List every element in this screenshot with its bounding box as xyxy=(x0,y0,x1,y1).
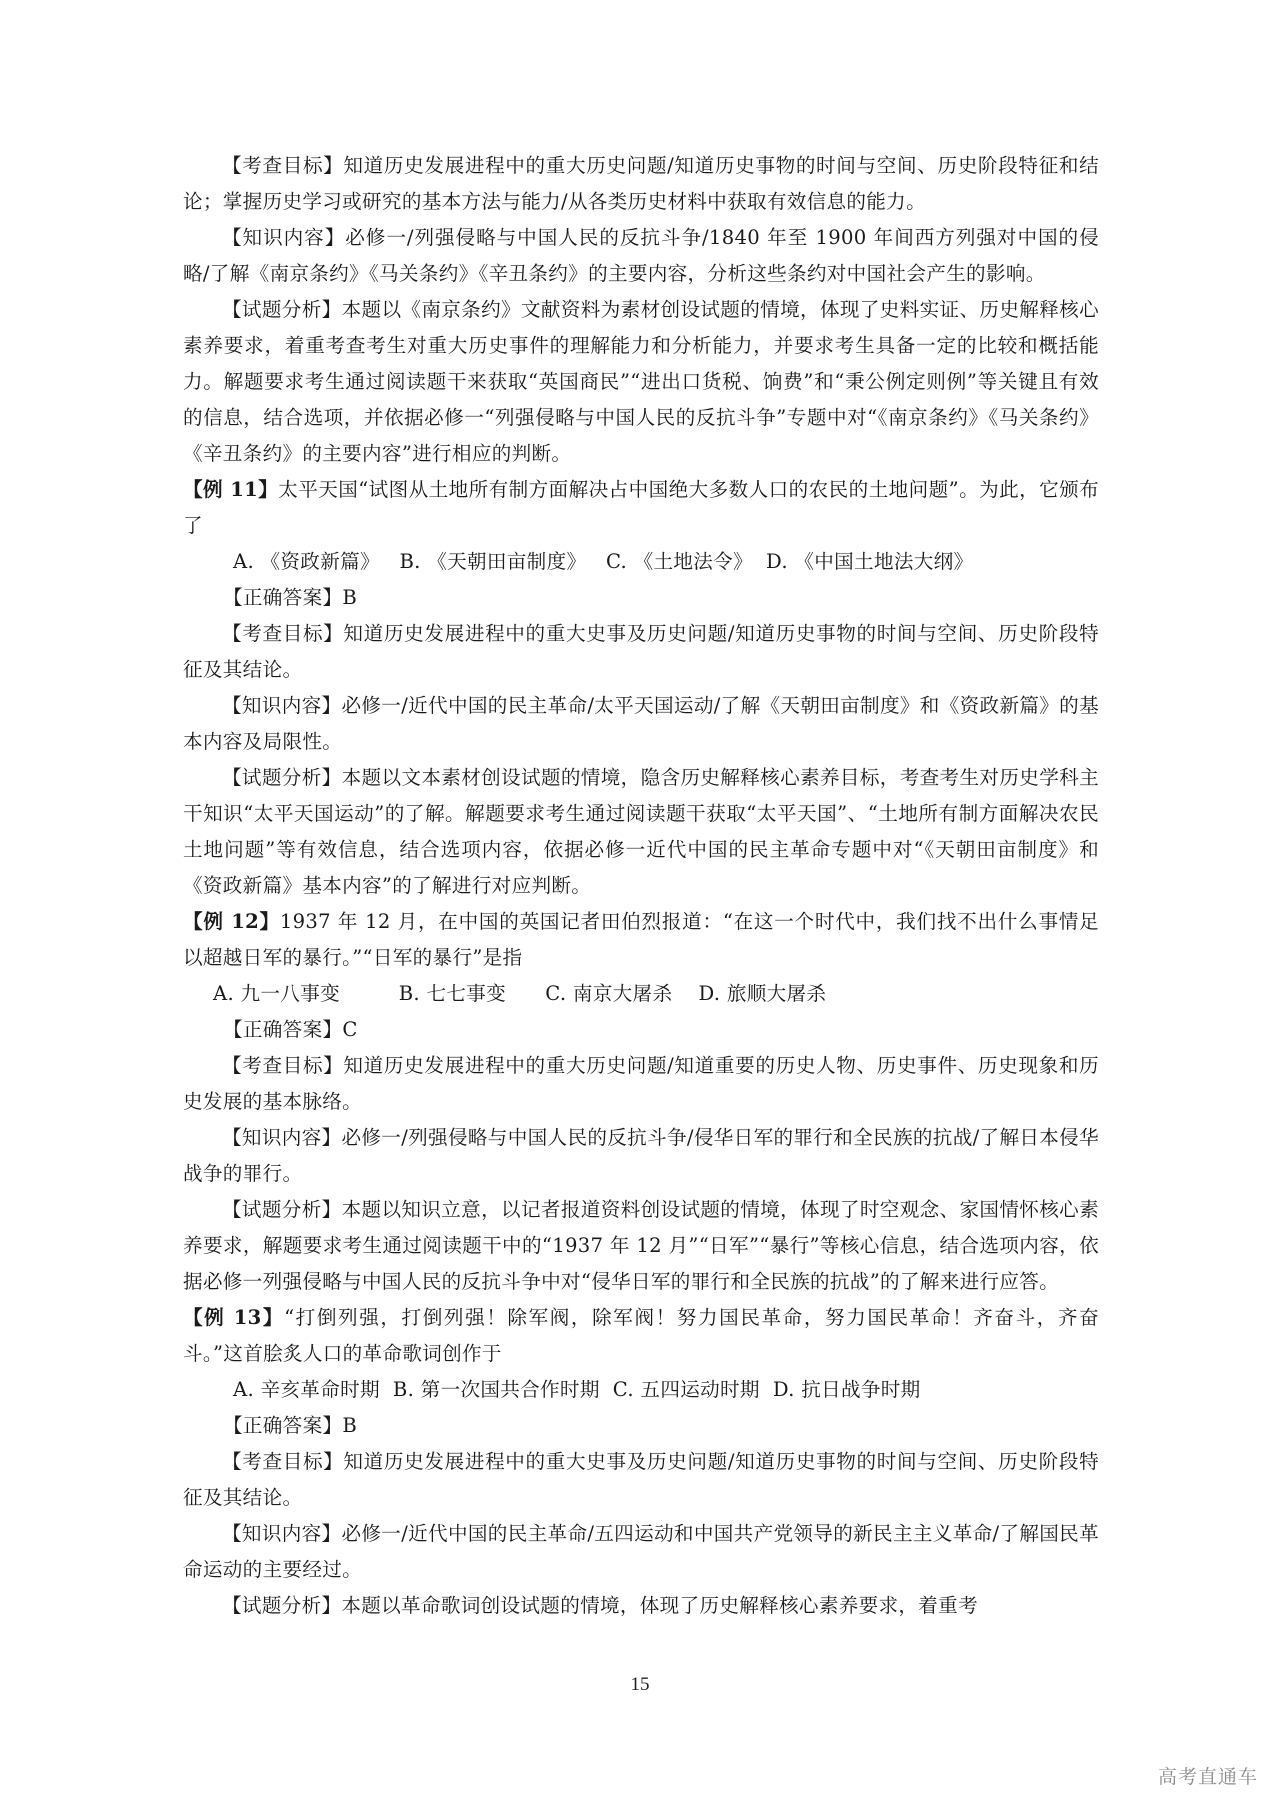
section-tag: 【考查目标】 xyxy=(222,1054,343,1077)
section-tag: 【考查目标】 xyxy=(222,154,343,177)
section-tag: 【试题分析】 xyxy=(222,766,342,789)
paragraph-analysis: 【试题分析】本题以革命歌词创设试题的情境，体现了历史解释核心素养要求，着重考 xyxy=(183,1588,1099,1624)
paragraph-knowledge: 【知识内容】必修一/列强侵略与中国人民的反抗斗争/侵华日军的罪行和全民族的抗战/… xyxy=(183,1120,1099,1192)
paragraph-exam-goal: 【考查目标】知道历史发展进程中的重大历史问题/知道历史事物的时间与空间、历史阶段… xyxy=(183,148,1099,220)
example-11-answer: 【正确答案】B xyxy=(183,580,1099,616)
section-tag: 【试题分析】 xyxy=(222,1594,341,1617)
section-tag: 【考查目标】 xyxy=(222,1450,343,1473)
section-tag: 【知识内容】 xyxy=(222,226,345,249)
example-tag: 【例 12】 xyxy=(183,910,280,933)
paragraph-knowledge: 【知识内容】必修一/近代中国的民主革命/五四运动和中国共产党领导的新民主主义革命… xyxy=(183,1516,1099,1588)
question-text: 1937 年 12 月，在中国的英国记者田伯烈报道：“在这一个时代中，我们找不出… xyxy=(183,910,1099,969)
question-text: “打倒列强，打倒列强！除军阀，除军阀！努力国民革命，努力国民革命！齐奋斗，齐奋斗… xyxy=(183,1306,1099,1365)
example-13-question: 【例 13】“打倒列强，打倒列强！除军阀，除军阀！努力国民革命，努力国民革命！齐… xyxy=(183,1300,1099,1372)
page-number: 15 xyxy=(0,1674,1280,1696)
example-tag: 【例 13】 xyxy=(183,1306,284,1329)
section-tag: 【知识内容】 xyxy=(222,1522,341,1545)
example-12-options: A. 九一八事变 B. 七七事变 C. 南京大屠杀 D. 旅顺大屠杀 xyxy=(183,976,1099,1012)
answer-value: B xyxy=(342,1414,357,1437)
paragraph-knowledge: 【知识内容】必修一/列强侵略与中国人民的反抗斗争/1840 年至 1900 年间… xyxy=(183,220,1099,292)
watermark-label: 高考直通车 xyxy=(1158,1762,1258,1789)
example-12-answer: 【正确答案】C xyxy=(183,1012,1099,1048)
paragraph-knowledge: 【知识内容】必修一/近代中国的民主革命/太平天国运动/了解《天朝田亩制度》和《资… xyxy=(183,688,1099,760)
answer-value: C xyxy=(342,1018,357,1041)
example-13-answer: 【正确答案】B xyxy=(183,1408,1099,1444)
section-tag: 【考查目标】 xyxy=(222,622,343,645)
section-tag: 【知识内容】 xyxy=(222,1126,341,1149)
document-body: 【考查目标】知道历史发展进程中的重大历史问题/知道历史事物的时间与空间、历史阶段… xyxy=(183,148,1099,1624)
paragraph-analysis: 【试题分析】本题以《南京条约》文献资料为素材创设试题的情境，体现了史料实证、历史… xyxy=(183,292,1099,472)
paragraph-exam-goal: 【考查目标】知道历史发展进程中的重大史事及历史问题/知道历史事物的时间与空间、历… xyxy=(183,1444,1099,1516)
section-tag: 【试题分析】 xyxy=(222,298,342,321)
paragraph-analysis: 【试题分析】本题以知识立意，以记者报道资料创设试题的情境，体现了时空观念、家国情… xyxy=(183,1192,1099,1300)
example-12-question: 【例 12】1937 年 12 月，在中国的英国记者田伯烈报道：“在这一个时代中… xyxy=(183,904,1099,976)
section-tag: 【知识内容】 xyxy=(222,694,341,717)
answer-value: B xyxy=(342,586,357,609)
example-11-question: 【例 11】太平天国“试图从土地所有制方面解决占中国绝大多数人口的农民的土地问题… xyxy=(183,472,1099,544)
example-13-options: A. 辛亥革命时期 B. 第一次国共合作时期 C. 五四运动时期 D. 抗日战争… xyxy=(183,1372,1099,1408)
section-tag: 【试题分析】 xyxy=(222,1198,342,1221)
answer-tag: 【正确答案】 xyxy=(223,1018,342,1041)
answer-tag: 【正确答案】 xyxy=(223,586,342,609)
example-11-options: A. 《资政新篇》 B. 《天朝田亩制度》 C. 《土地法令》 D. 《中国土地… xyxy=(183,544,1099,580)
example-tag: 【例 11】 xyxy=(183,478,278,501)
paragraph-analysis: 【试题分析】本题以文本素材创设试题的情境，隐含历史解释核心素养目标，考查考生对历… xyxy=(183,760,1099,904)
paragraph-text: 本题以《南京条约》文献资料为素材创设试题的情境，体现了史料实证、历史解释核心素养… xyxy=(183,298,1099,465)
paragraph-exam-goal: 【考查目标】知道历史发展进程中的重大历史问题/知道重要的历史人物、历史事件、历史… xyxy=(183,1048,1099,1120)
paragraph-text: 本题以革命歌词创设试题的情境，体现了历史解释核心素养要求，着重考 xyxy=(341,1594,978,1617)
answer-tag: 【正确答案】 xyxy=(223,1414,342,1437)
paragraph-exam-goal: 【考查目标】知道历史发展进程中的重大史事及历史问题/知道历史事物的时间与空间、历… xyxy=(183,616,1099,688)
question-text: 太平天国“试图从土地所有制方面解决占中国绝大多数人口的农民的土地问题”。为此，它… xyxy=(183,478,1099,537)
